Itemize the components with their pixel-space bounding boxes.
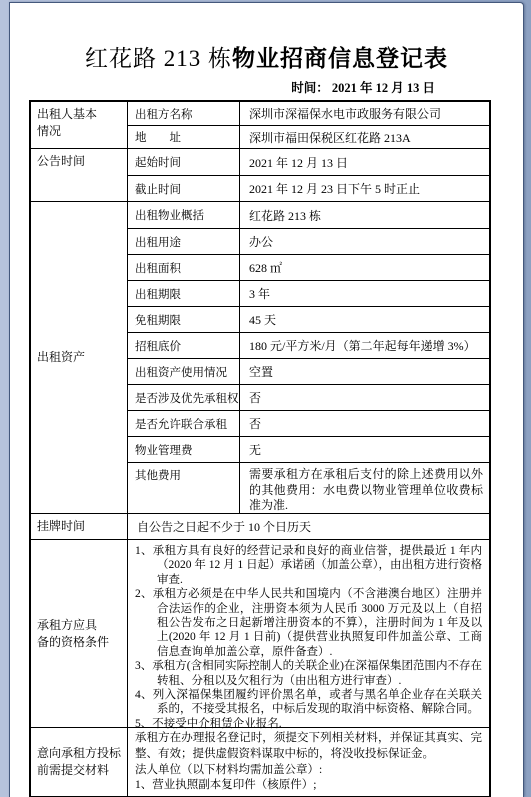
requirement-text: 列入深福保集团履约评价黑名单，或者与黑名单企业存在关联关系的，不接受其报名，中标… bbox=[153, 689, 482, 715]
requirement-number: 4、 bbox=[135, 689, 153, 701]
field-value: 办公 bbox=[240, 229, 489, 254]
requirement-text: 承租方(含相同实际控制人的关联企业)在深福保集团范围内不存在转租、分租以及欠租行… bbox=[152, 660, 482, 686]
table-row: 出租资产使用情况 空置 bbox=[128, 358, 489, 384]
field-label: 地 址 bbox=[128, 126, 240, 148]
field-label: 物业管理费 bbox=[128, 437, 240, 462]
section-tenant-qualifications: 承租方应具 备的资格条件 1、承租方具有良好的经营记录和良好的商业信誉，提供最近… bbox=[31, 539, 489, 727]
date-line: 时间： 2021 年 12 月 13 日 bbox=[10, 78, 523, 96]
requirement-item: 1、承租方具有良好的经营记录和良好的商业信誉，提供最近 1 年内（2020 年 … bbox=[135, 544, 482, 587]
materials-paragraph: 1、营业执照副本复印件（核原件）; bbox=[135, 778, 482, 794]
section-leased-assets: 出租资产 出租物业概括 红花路 213 栋 出租用途 办公 出租面积 628 ㎡ bbox=[31, 201, 489, 513]
table-row: 招租底价 180 元/平方米/月（第二年起每年递增 3%） bbox=[128, 332, 489, 358]
info-table: 出租人基本 情况 出租方名称 深圳市深福保水电市政服务有限公司 地 址 深圳市福… bbox=[29, 100, 491, 797]
requirement-item: 3、承租方(含相同实际控制人的关联企业)在深福保集团范围内不存在转租、分租以及欠… bbox=[135, 659, 482, 688]
field-value: 45 天 bbox=[240, 307, 489, 332]
materials-paragraph: 承租方在办理报名登记时，须提交下列相关材料，并保证其真实、完整、有效；提供虚假资… bbox=[135, 731, 482, 763]
materials-paragraph: 法人单位（以下材料均需加盖公章）: bbox=[135, 763, 482, 779]
requirement-text: 承租方具有良好的经营记录和良好的商业信誉，提供最近 1 年内（2020 年 12… bbox=[153, 545, 482, 586]
field-label: 是否允许联合承租 bbox=[128, 411, 240, 436]
field-value: 否 bbox=[240, 411, 489, 436]
field-value: 否 bbox=[240, 385, 489, 410]
requirement-text: 承租方必须是在中华人民共和国境内（不含港澳台地区）注册并合法运作的企业，注册资本… bbox=[153, 588, 482, 658]
table-row: 物业管理费 无 bbox=[128, 436, 489, 462]
table-row: 是否涉及优先承租权 否 bbox=[128, 384, 489, 410]
field-label: 出租物业概括 bbox=[128, 202, 240, 228]
table-row: 出租物业概括 红花路 213 栋 bbox=[128, 202, 489, 228]
section-header-announcement-time: 公告时间 bbox=[31, 149, 128, 201]
title-building-name: 红花路 213 栋 bbox=[85, 46, 232, 71]
field-label: 是否涉及优先承租权 bbox=[128, 385, 240, 410]
section-listing-period: 挂牌时间 自公告之日起不少于 10 个日历天 bbox=[31, 513, 489, 539]
field-value: 深圳市深福保水电市政服务有限公司 bbox=[240, 102, 489, 125]
table-row: 出租期限 3 年 bbox=[128, 280, 489, 306]
requirement-item: 4、列入深福保集团履约评价黑名单，或者与黑名单企业存在关联关系的，不接受其报名，… bbox=[135, 688, 482, 717]
field-value: 需要承租方在承租后支付的除上述费用以外的其他费用：水电费以物业管理单位收费标准为… bbox=[240, 463, 489, 513]
field-label: 其他费用 bbox=[128, 463, 240, 513]
field-label: 出租用途 bbox=[128, 229, 240, 254]
section-announcement-time: 公告时间 起始时间 2021 年 12 月 13 日 截止时间 2021 年 1… bbox=[31, 148, 489, 201]
table-row: 地 址 深圳市福田保税区红花路 213A bbox=[128, 125, 489, 148]
field-label: 出租面积 bbox=[128, 255, 240, 280]
field-value: 自公告之日起不少于 10 个日历天 bbox=[128, 514, 489, 539]
field-value: 深圳市福田保税区红花路 213A bbox=[240, 126, 489, 148]
section-bid-materials: 意向承租方投标 前需提交材料 承租方在办理报名登记时，须提交下列相关材料，并保证… bbox=[31, 727, 489, 796]
requirement-number: 3、 bbox=[135, 660, 152, 672]
qualification-list: 1、承租方具有良好的经营记录和良好的商业信誉，提供最近 1 年内（2020 年 … bbox=[128, 540, 489, 727]
table-row: 免租期限 45 天 bbox=[128, 306, 489, 332]
section-header-tenant-qualifications: 承租方应具 备的资格条件 bbox=[31, 540, 128, 727]
table-row: 出租用途 办公 bbox=[128, 228, 489, 254]
document-title: 红花路 213 栋物业招商信息登记表 bbox=[10, 40, 523, 73]
table-row: 是否允许联合承租 否 bbox=[128, 410, 489, 436]
field-value: 628 ㎡ bbox=[240, 255, 489, 280]
field-value: 3 年 bbox=[240, 281, 489, 306]
materials-content: 承租方在办理报名登记时，须提交下列相关材料，并保证其真实、完整、有效；提供虚假资… bbox=[128, 728, 489, 796]
requirement-number: 1、 bbox=[135, 545, 153, 557]
field-label: 免租期限 bbox=[128, 307, 240, 332]
field-label: 出租资产使用情况 bbox=[128, 359, 240, 384]
table-row: 出租方名称 深圳市深福保水电市政服务有限公司 bbox=[128, 102, 489, 125]
section-header-bid-materials: 意向承租方投标 前需提交材料 bbox=[31, 728, 128, 796]
section-header-leased-assets: 出租资产 bbox=[31, 202, 128, 513]
title-form-name: 物业招商信息登记表 bbox=[232, 46, 448, 71]
field-label: 招租底价 bbox=[128, 333, 240, 358]
field-value: 无 bbox=[240, 437, 489, 462]
field-label: 出租期限 bbox=[128, 281, 240, 306]
field-value: 红花路 213 栋 bbox=[240, 202, 489, 228]
field-label: 出租方名称 bbox=[128, 102, 240, 125]
field-value: 2021 年 12 月 13 日 bbox=[240, 149, 489, 175]
desktop-background: 红花路 213 栋物业招商信息登记表 时间： 2021 年 12 月 13 日 … bbox=[0, 0, 531, 797]
table-row: 其他费用 需要承租方在承租后支付的除上述费用以外的其他费用：水电费以物业管理单位… bbox=[128, 462, 489, 513]
section-header-listing-period: 挂牌时间 bbox=[31, 514, 128, 539]
field-value: 180 元/平方米/月（第二年起每年递增 3%） bbox=[240, 333, 489, 358]
table-row: 出租面积 628 ㎡ bbox=[128, 254, 489, 280]
section-lessor-basic-info: 出租人基本 情况 出租方名称 深圳市深福保水电市政服务有限公司 地 址 深圳市福… bbox=[31, 102, 489, 148]
requirement-item: 2、承租方必须是在中华人民共和国境内（不含港澳台地区）注册并合法运作的企业，注册… bbox=[135, 587, 482, 659]
document-page: 红花路 213 栋物业招商信息登记表 时间： 2021 年 12 月 13 日 … bbox=[9, 2, 524, 797]
table-row: 起始时间 2021 年 12 月 13 日 bbox=[128, 149, 489, 175]
section-header-lessor-basic-info: 出租人基本 情况 bbox=[31, 102, 128, 148]
field-label: 截止时间 bbox=[128, 176, 240, 201]
field-label: 起始时间 bbox=[128, 149, 240, 175]
field-value: 空置 bbox=[240, 359, 489, 384]
field-value: 2021 年 12 月 23 日下午 5 时正止 bbox=[240, 176, 489, 201]
requirement-number: 2、 bbox=[135, 588, 153, 600]
table-row: 截止时间 2021 年 12 月 23 日下午 5 时正止 bbox=[128, 175, 489, 201]
